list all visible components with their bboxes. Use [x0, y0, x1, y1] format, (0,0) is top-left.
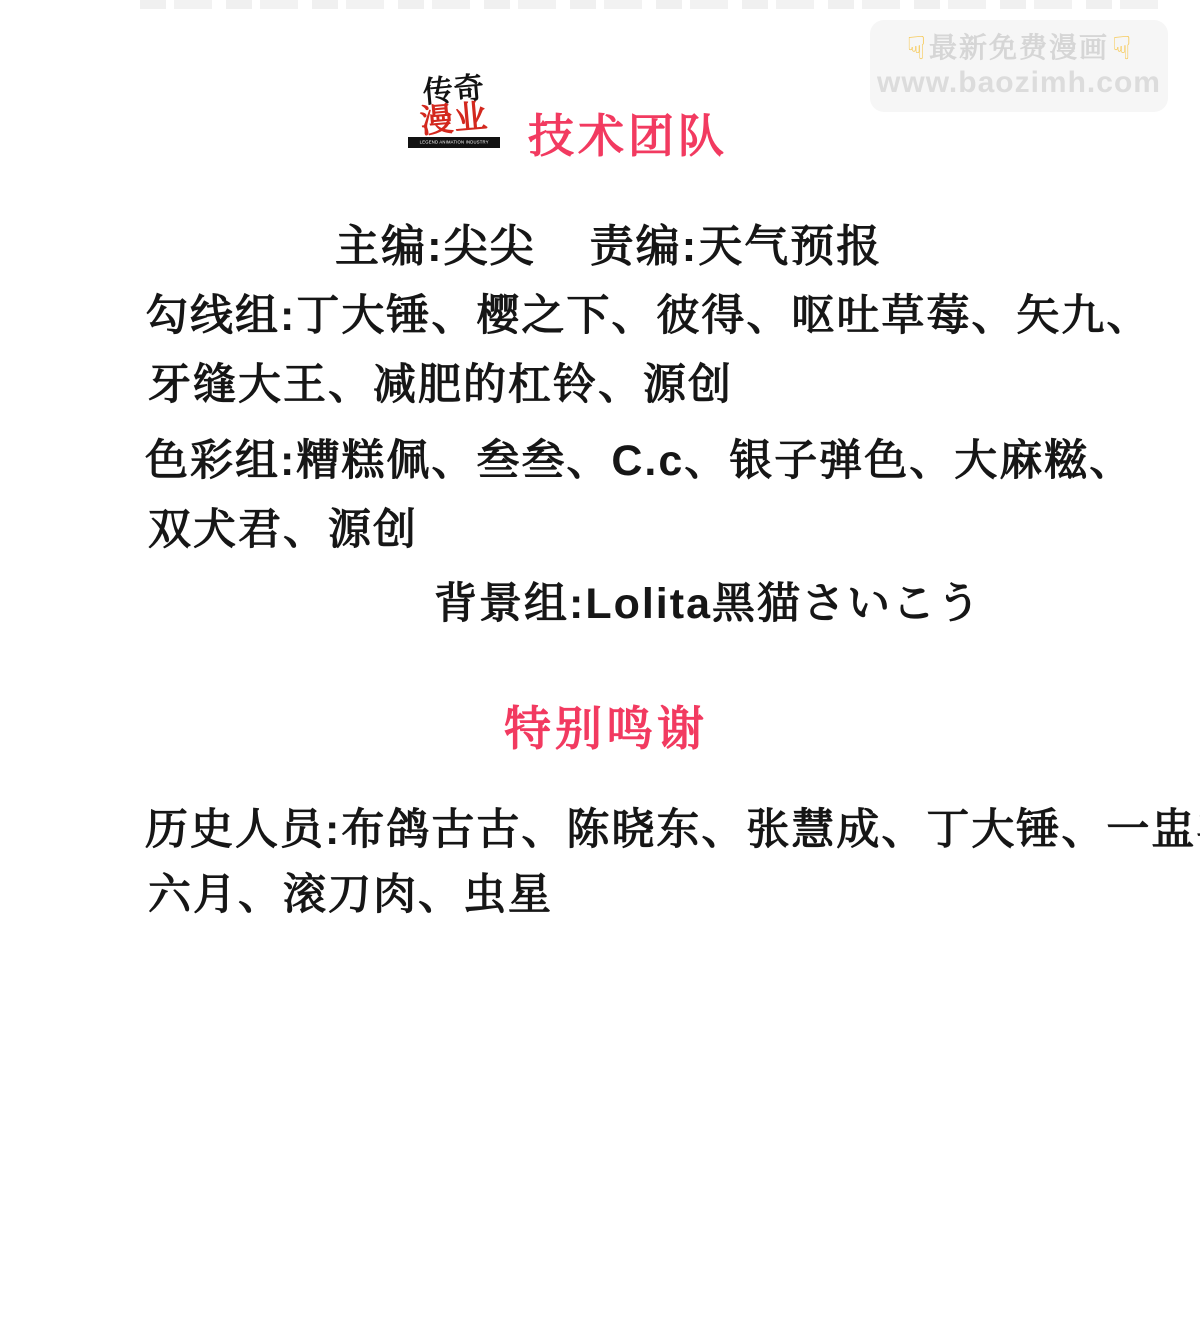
editors-line: 主编:尖尖 责编:天气预报: [335, 210, 882, 274]
color-group-names-1: 糟糕佩、叁叁、C.c、银子弹色、大麻糍、: [296, 437, 1134, 485]
color-group-line2: 双犬君、源创: [148, 496, 418, 557]
chief-editor-name: 尖尖: [444, 222, 536, 271]
history-staff-line1: 历史人员:布鸽古古、陈晓东、张慧成、丁大锤、一盅羊、: [145, 796, 1200, 857]
logo-banner-text: LEGEND ANIMATION INDUSTRY: [419, 140, 488, 145]
history-staff-names-1: 布鸽古古、陈晓东、张慧成、丁大锤、一盅羊、: [341, 806, 1200, 854]
line-art-group-line2: 牙缝大王、减肥的杠铃、源创: [148, 351, 733, 412]
logo-bottom-text: 漫业: [405, 98, 504, 139]
history-staff-names-2: 六月、滚刀肉、虫星: [148, 871, 553, 919]
chief-editor: 主编:尖尖: [335, 210, 536, 274]
watermark-badge: ☟ 最新免费漫画 ☟ www.baozimh.com: [870, 20, 1168, 112]
chief-editor-label: 主编:: [335, 222, 444, 271]
section-title-tech-team: 技术团队: [528, 100, 728, 166]
history-staff-line2: 六月、滚刀肉、虫星: [148, 861, 553, 922]
background-group-names: Lolita黑猫さいこう: [585, 580, 982, 628]
color-group-names-2: 双犬君、源创: [148, 506, 418, 554]
history-staff-label: 历史人员:: [145, 806, 341, 854]
background-group-label: 背景组:: [434, 580, 585, 628]
watermark-line1: ☟ 最新免费漫画 ☟: [907, 31, 1132, 66]
color-group-line1: 色彩组:糟糕佩、叁叁、C.c、银子弹色、大麻糍、: [145, 427, 1134, 488]
pointing-down-icon: ☟: [1112, 31, 1131, 66]
line-art-group-names-1: 丁大锤、樱之下、彼得、呕吐草莓、矢九、: [296, 292, 1151, 340]
line-art-group-names-2: 牙缝大王、减肥的杠铃、源创: [148, 361, 733, 409]
line-art-group-line1: 勾线组:丁大锤、樱之下、彼得、呕吐草莓、矢九、: [145, 282, 1151, 343]
credits-page: ☟ 最新免费漫画 ☟ www.baozimh.com 传奇 漫业 LEGEND …: [0, 0, 1200, 1344]
watermark-text: 最新免费漫画: [929, 33, 1109, 64]
cropped-text-remnant: [140, 0, 1165, 9]
watermark-url: www.baozimh.com: [877, 66, 1161, 101]
responsible-editor: 责编:天气预报: [590, 210, 883, 274]
pointing-down-icon: ☟: [907, 31, 926, 66]
background-group-line: 背景组:Lolita黑猫さいこう: [434, 570, 982, 631]
color-group-label: 色彩组:: [145, 437, 296, 485]
responsible-editor-name: 天气预报: [698, 222, 882, 271]
section-title-special-thanks: 特别鸣谢: [504, 692, 708, 759]
line-art-group-label: 勾线组:: [145, 292, 296, 340]
responsible-editor-label: 责编:: [590, 222, 699, 271]
studio-logo: 传奇 漫业 LEGEND ANIMATION INDUSTRY: [406, 76, 502, 148]
